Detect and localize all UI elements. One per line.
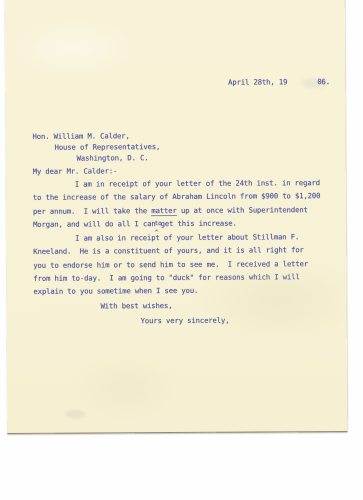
salutation: My dear Mr. Calder:- <box>33 164 118 178</box>
paragraph-1-line-3-start: per annum. I will take the <box>33 206 151 216</box>
closing-signoff: Yours very sincerely, <box>141 314 230 328</box>
paragraph-2-line-4: from him to-day. I am going to "duck" fo… <box>33 270 345 285</box>
paragraph-2-line-5: explain to you sometime when I see you. <box>33 283 345 298</box>
paragraph-1-line-3-end: up at once with Superintendent <box>177 205 308 215</box>
ink-smudge <box>65 410 85 419</box>
scanned-letter-page: { "page": { "background_color": "#ffffff… <box>0 0 363 500</box>
date-line: April 28th, 1906. <box>211 62 330 103</box>
paragraph-1-line-4-end: get this increase. <box>161 219 237 228</box>
recipient-city: Washington, D. C. <box>33 153 161 165</box>
date-month-day: April 28th, 19 <box>228 78 287 87</box>
letter-paper: April 28th, 1906. Hon. William M. Calder… <box>5 0 348 434</box>
recipient-name: Hon. William M. Calder, <box>32 131 160 143</box>
recipient-org: House of Representatives, <box>33 142 161 154</box>
caret-insertion: to^ <box>156 225 161 226</box>
paragraph-1-line-2: to the increase of the salary of Abraham… <box>33 189 345 204</box>
paragraph-2-line-2: Kneeland. He is a constituent of yours, … <box>33 243 345 258</box>
paragraph-1: I am in receipt of your letter of the 24… <box>33 176 345 231</box>
underlined-word: matter <box>151 206 176 216</box>
paragraph-2: I am also in receipt of your letter abou… <box>33 230 345 298</box>
closing-wishes: With best wishes, <box>101 299 173 313</box>
paragraph-1-line-3: per annum. I will take the matter up at … <box>33 203 345 218</box>
date-year: 06. <box>317 77 330 86</box>
paragraph-1-line-4: Morgan, and will do all I canto^get this… <box>33 216 345 231</box>
paragraph-1-line-4-start: Morgan, and will do all I can <box>33 219 156 229</box>
recipient-address-block: Hon. William M. Calder, House of Represe… <box>32 131 160 164</box>
